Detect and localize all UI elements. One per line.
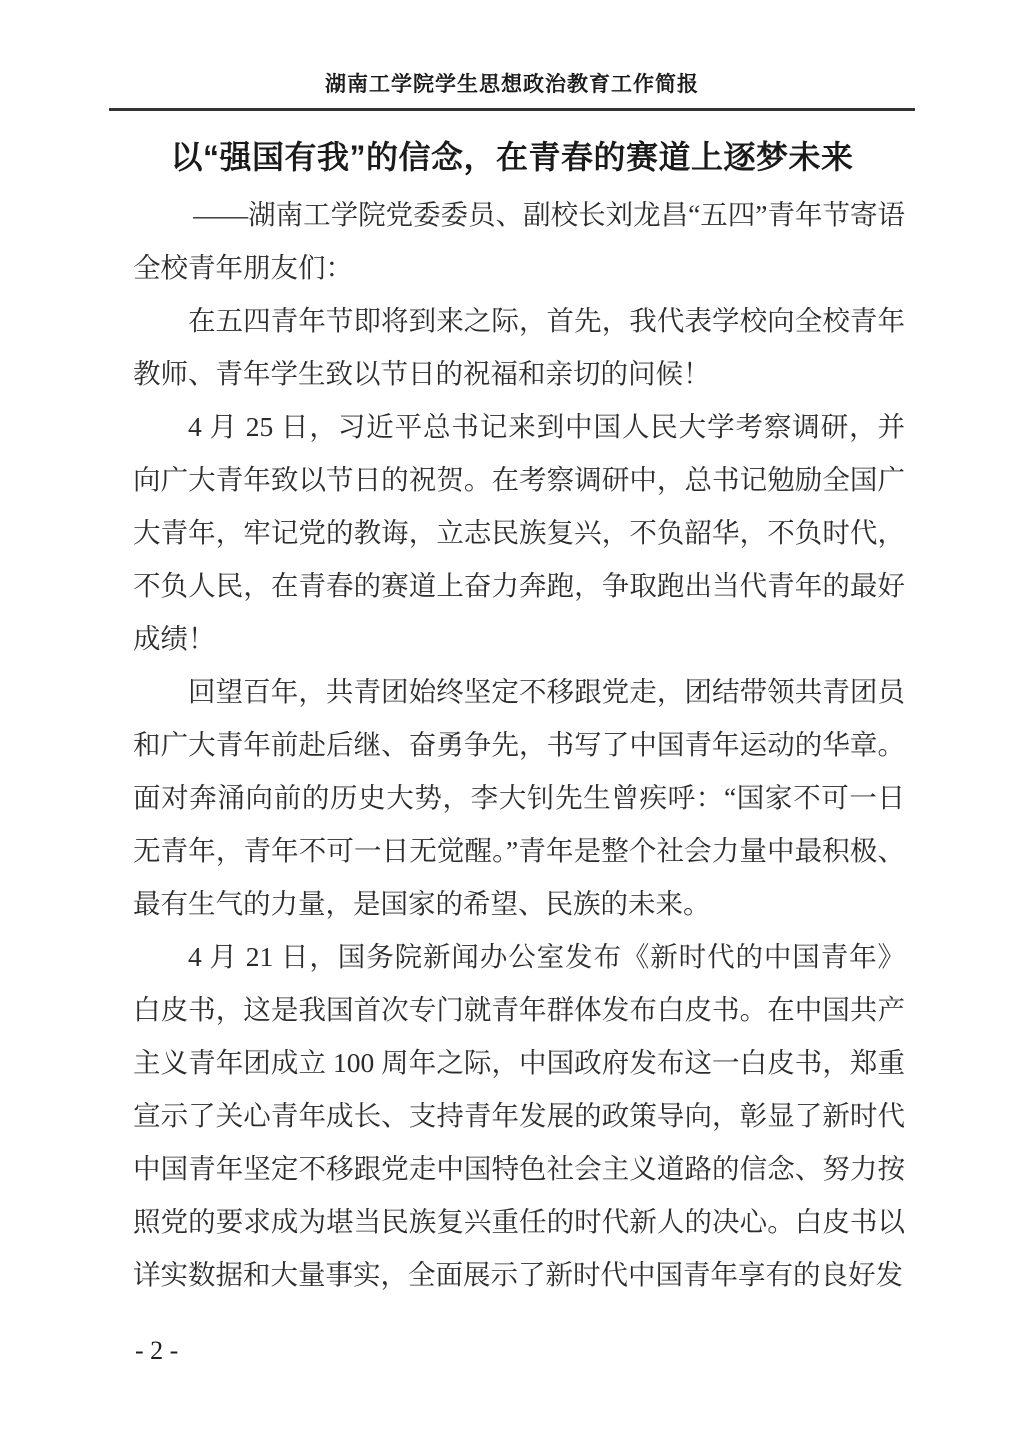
document-page: 湖南工学院学生思想政治教育工作简报 以“强国有我”的信念，在青春的赛道上逐梦未来… [0, 0, 1024, 1448]
article-salutation: 全校青年朋友们： [133, 241, 905, 294]
page-header: 湖南工学院学生思想政治教育工作简报 [109, 68, 915, 111]
article-body: ——湖南工学院党委委员、副校长刘龙昌“五四”青年节寄语 全校青年朋友们： 在五四… [133, 188, 905, 1301]
article-paragraph-3: 回望百年，共青团始终坚定不移跟党走，团结带领共青团员和广大青年前赴后继、奋勇争先… [133, 665, 905, 930]
page-number: - 2 - [135, 1336, 178, 1366]
article-paragraph-1: 在五四青年节即将到来之际，首先，我代表学校向全校青年教师、青年学生致以节日的祝福… [133, 294, 905, 400]
article-paragraph-2: 4 月 25 日，习近平总书记来到中国人民大学考察调研，并向广大青年致以节日的祝… [133, 400, 905, 665]
article-paragraph-4: 4 月 21 日，国务院新闻办公室发布《新时代的中国青年》白皮书，这是我国首次专… [133, 930, 905, 1301]
article-byline: ——湖南工学院党委委员、副校长刘龙昌“五四”青年节寄语 [133, 188, 905, 241]
article-title: 以“强国有我”的信念，在青春的赛道上逐梦未来 [0, 132, 1024, 178]
page-header-title: 湖南工学院学生思想政治教育工作简报 [325, 73, 699, 96]
